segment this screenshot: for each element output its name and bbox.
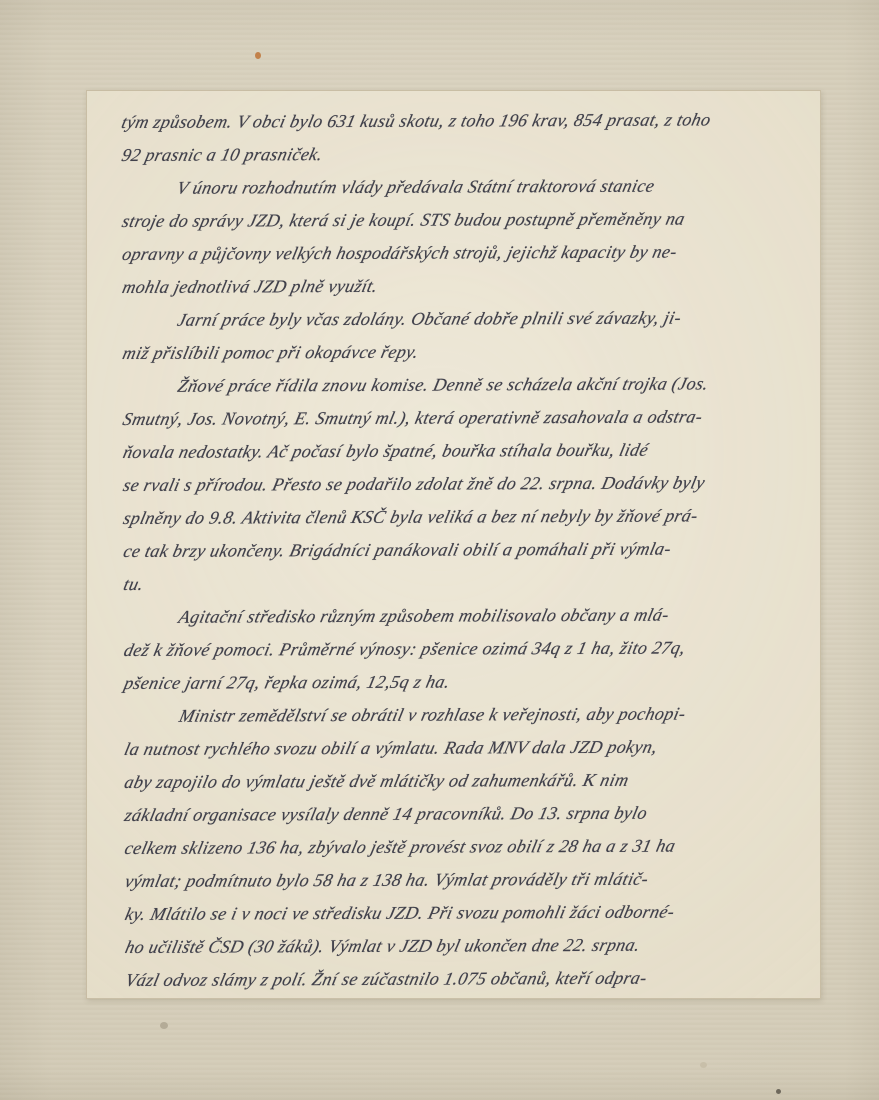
handwritten-line: se rvali s přírodou. Přesto se podařilo … xyxy=(120,466,835,502)
handwritten-line: Agitační středisko různým způsobem mobil… xyxy=(120,598,835,634)
handwritten-line: pšenice jarní 27q, řepka ozimá, 12,5q z … xyxy=(121,664,836,700)
handwritten-line: celkem sklizeno 136 ha, zbývalo ještě pr… xyxy=(121,829,836,865)
paper-smudge-faint xyxy=(700,1062,707,1068)
handwritten-line: výmlat; podmítnuto bylo 58 ha z 138 ha. … xyxy=(121,862,836,898)
handwritten-line: V únoru rozhodnutím vlády předávala Stát… xyxy=(118,169,833,205)
handwriting-block: tým způsobem. V obci bylo 631 kusů skotu… xyxy=(118,103,830,997)
handwritten-line: tu. xyxy=(120,565,835,601)
handwritten-line: mohla jednotlivá JZD plně využít. xyxy=(119,268,834,304)
handwritten-line: Smutný, Jos. Novotný, E. Smutný ml.), kt… xyxy=(119,400,834,436)
handwritten-line: Vázl odvoz slámy z polí. Žní se zúčastni… xyxy=(122,961,837,997)
handwritten-line: tým způsobem. V obci bylo 631 kusů skotu… xyxy=(118,103,833,139)
handwritten-line: dež k žňové pomoci. Průměrné výnosy: pše… xyxy=(120,631,835,667)
handwritten-line: ky. Mlátilo se i v noci ve středisku JZD… xyxy=(122,895,837,931)
handwritten-line: 92 prasnic a 10 prasniček. xyxy=(118,136,833,172)
handwritten-line: aby zapojilo do výmlatu ještě dvě mlátič… xyxy=(121,763,836,799)
handwritten-line: základní organisace vysílaly denně 14 pr… xyxy=(121,796,836,832)
handwritten-line: miž přislíbili pomoc při okopávce řepy. xyxy=(119,334,834,370)
handwritten-line: Žňové práce řídila znovu komise. Denně s… xyxy=(119,367,834,403)
handwritten-line: ce tak brzy ukončeny. Brigádníci panákov… xyxy=(120,532,835,568)
handwritten-line: opravny a půjčovny velkých hospodářských… xyxy=(119,235,834,271)
handwritten-line: Jarní práce byly včas zdolány. Občané do… xyxy=(119,301,834,337)
handwritten-line: ho učiliště ČSD (30 žáků). Výmlat v JZD … xyxy=(122,928,837,964)
handwritten-line: Ministr zemědělství se obrátil v rozhlas… xyxy=(121,697,836,733)
ink-fleck xyxy=(776,1089,781,1094)
paper-smudge xyxy=(160,1022,168,1029)
handwritten-line: ňovala nedostatky. Ač počasí bylo špatné… xyxy=(120,433,835,469)
scanned-page: tým způsobem. V obci bylo 631 kusů skotu… xyxy=(0,0,879,1100)
handwritten-line: stroje do správy JZD, která si je koupí.… xyxy=(119,202,834,238)
handwritten-line: la nutnost rychlého svozu obilí a výmlat… xyxy=(121,730,836,766)
handwritten-line: splněny do 9.8. Aktivita členů KSČ byla … xyxy=(120,499,835,535)
paper-stain-orange xyxy=(255,52,261,59)
